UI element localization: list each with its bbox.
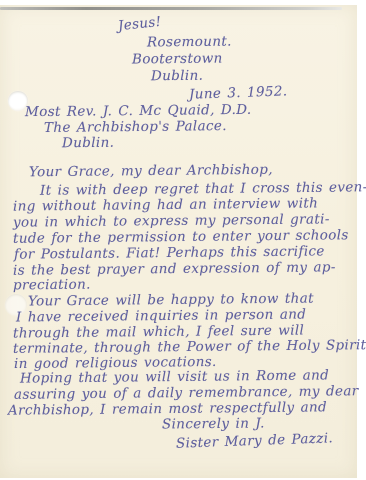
sender-address-line-3: Dublin.: [151, 68, 203, 85]
body-line-6: is the best prayer and expression of my …: [13, 259, 336, 278]
date-line: June 3. 1952.: [189, 83, 288, 102]
invocation-line: Jesus!: [117, 14, 162, 34]
sender-address-line-2: Booterstown: [132, 51, 223, 68]
closing-line: Sincerely in J.: [162, 415, 265, 432]
salutation-line: Your Grace, my dear Archbishop,: [29, 162, 273, 181]
signature-line: Sister Mary de Pazzi.: [176, 430, 333, 451]
scan-edge-line: [0, 7, 342, 10]
sender-address-line-1: Rosemount.: [147, 34, 232, 51]
recipient-line-3: Dublin.: [62, 135, 114, 152]
scanned-letter: Jesus! Rosemount. Booterstown Dublin. Ju…: [0, 0, 366, 480]
recipient-line-2: The Archbishop's Palace.: [44, 118, 227, 136]
body-line-7: preciation.: [13, 277, 91, 294]
letter-paper: Jesus! Rosemount. Booterstown Dublin. Ju…: [0, 5, 357, 478]
